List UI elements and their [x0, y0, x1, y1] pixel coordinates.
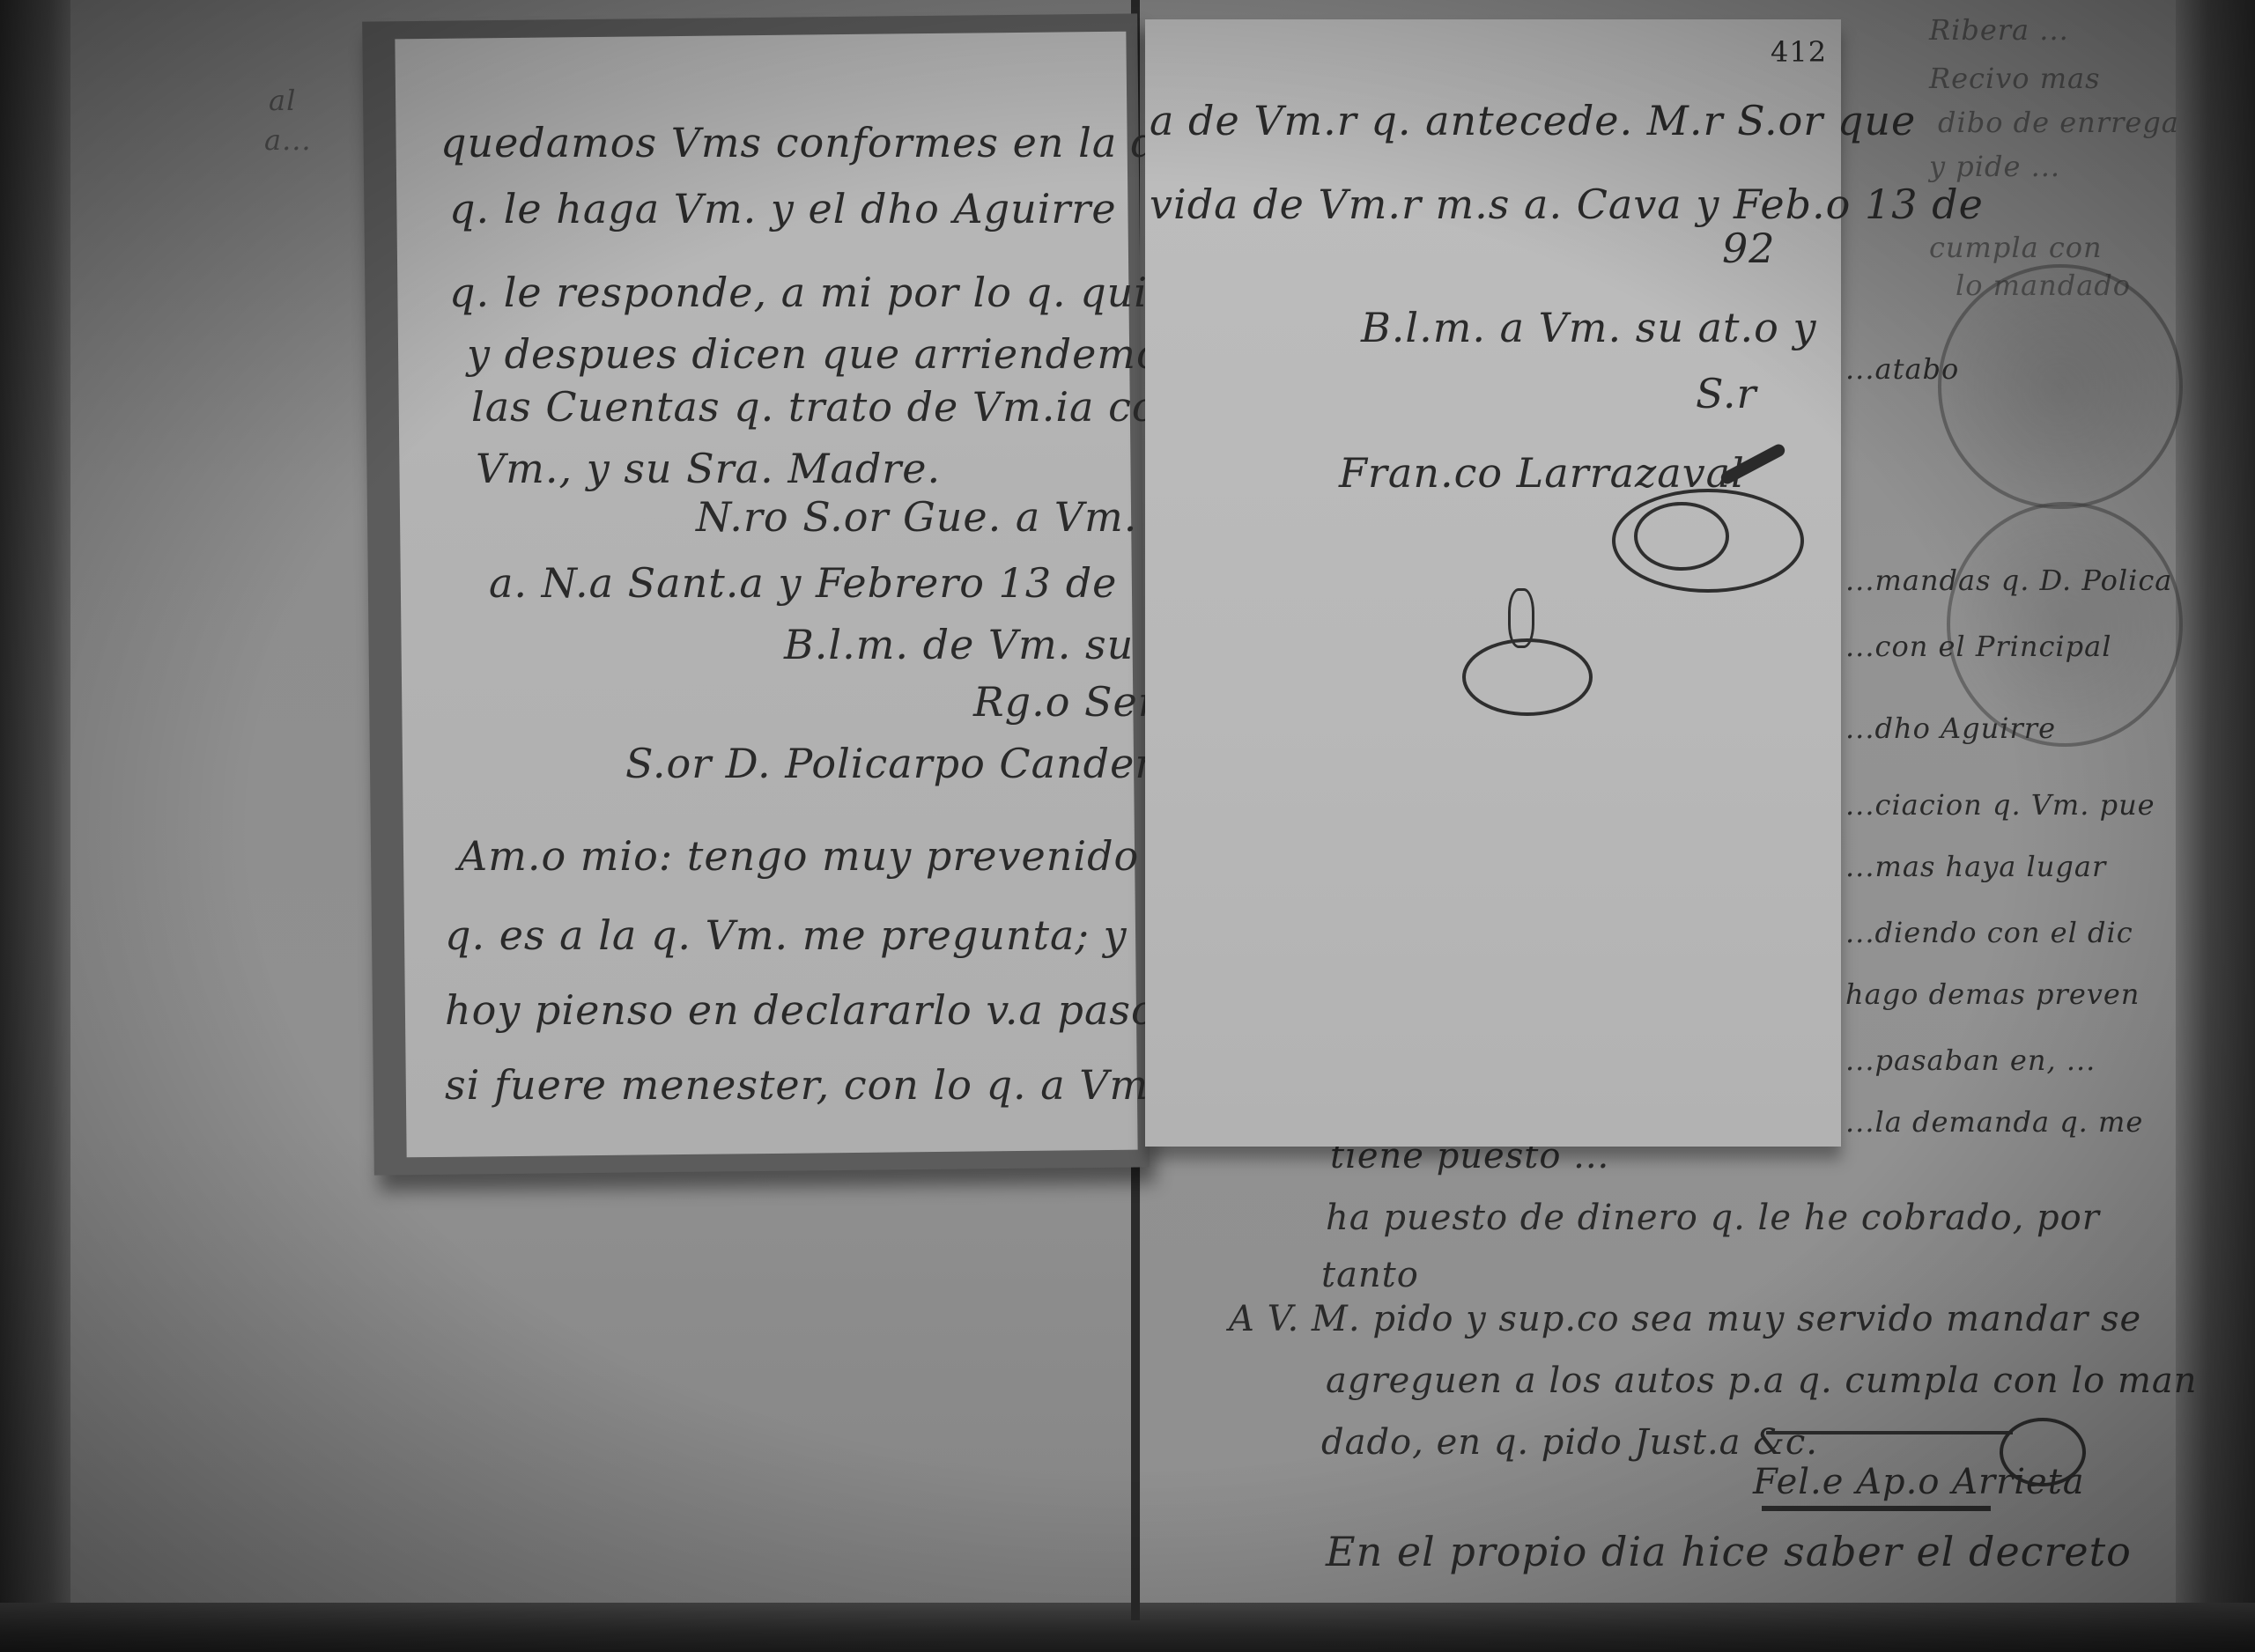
vignette	[0, 0, 2255, 1652]
